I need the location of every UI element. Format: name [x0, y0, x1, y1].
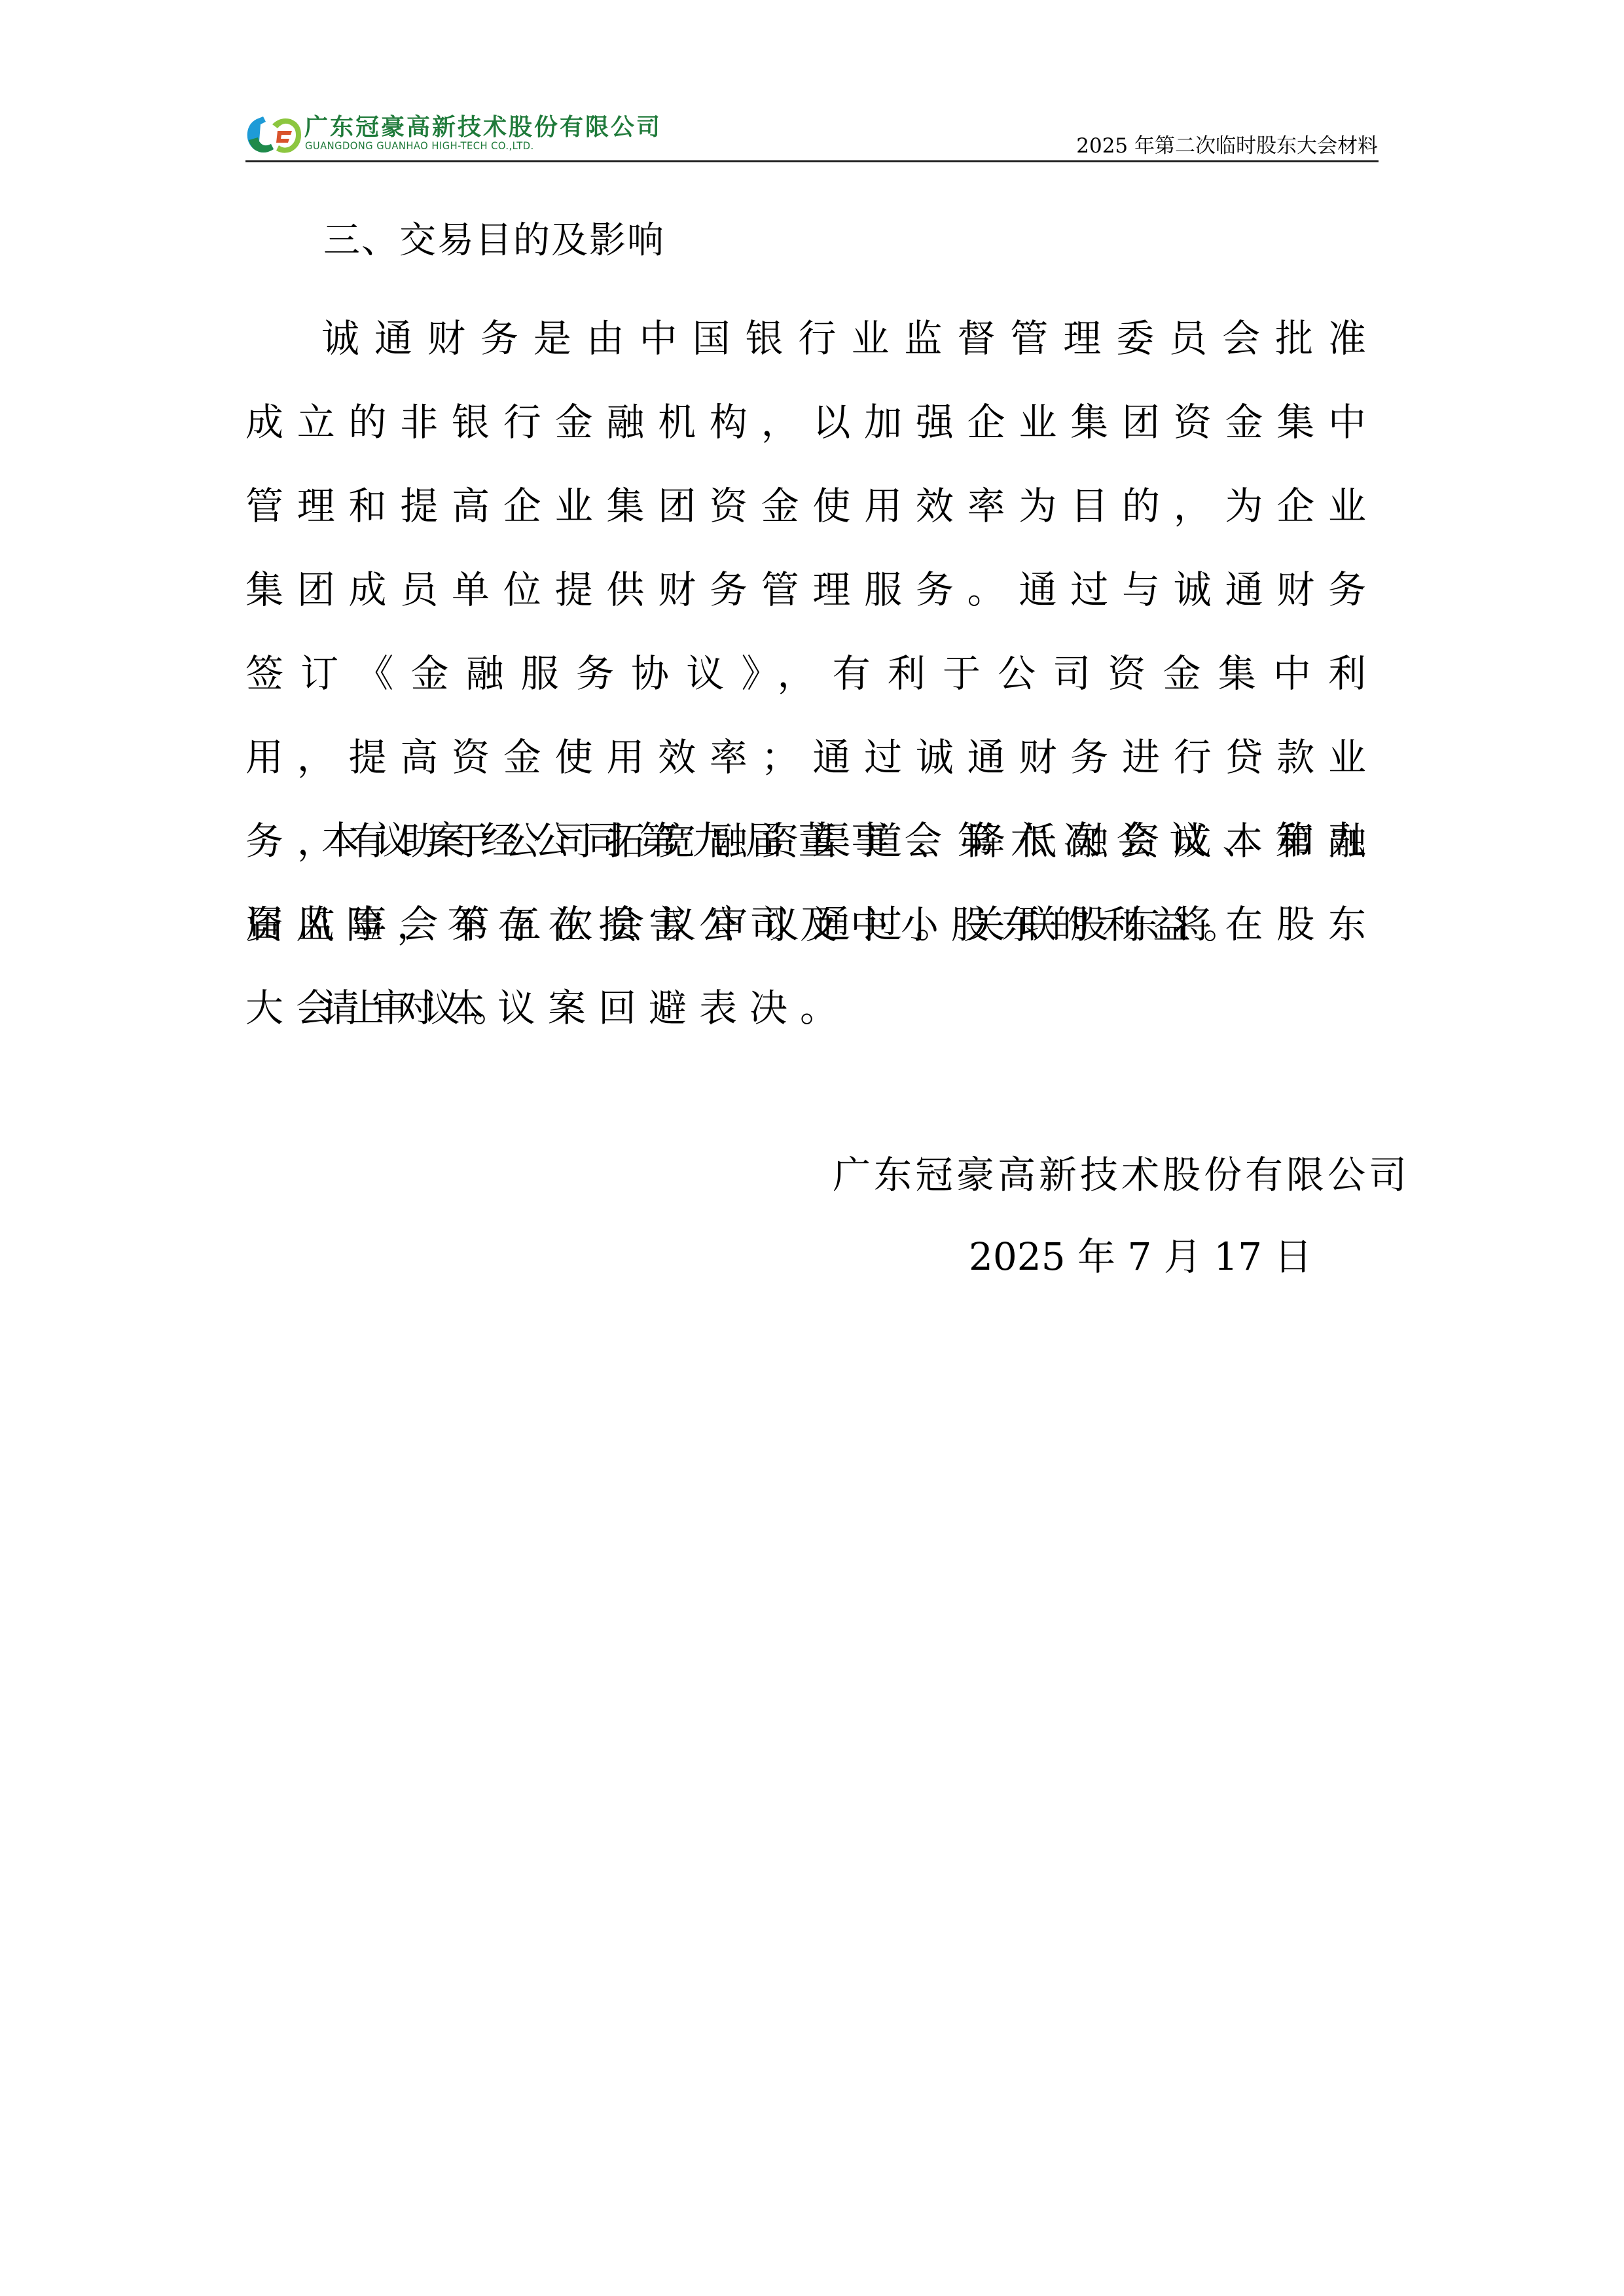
document-title: 2025 年第二次临时股东大会材料	[1076, 134, 1378, 158]
header-divider	[245, 160, 1379, 162]
signature-company: 广东冠豪高新技术股份有限公司	[833, 1149, 1410, 1201]
company-name-en: GUANGDONG GUANHAO HIGH-TECH CO.,LTD.	[305, 140, 534, 152]
guanhao-logo-icon	[244, 115, 304, 154]
company-name-cn: 广东冠豪高新技术股份有限公司	[304, 115, 662, 140]
section-heading: 三、交易目的及影响	[323, 218, 665, 264]
signature-date: 2025 年 7 月 17 日	[969, 1230, 1312, 1283]
paragraph-text: 请审议。	[245, 966, 1379, 1050]
paragraph-request: 请审议。	[245, 966, 1379, 1050]
